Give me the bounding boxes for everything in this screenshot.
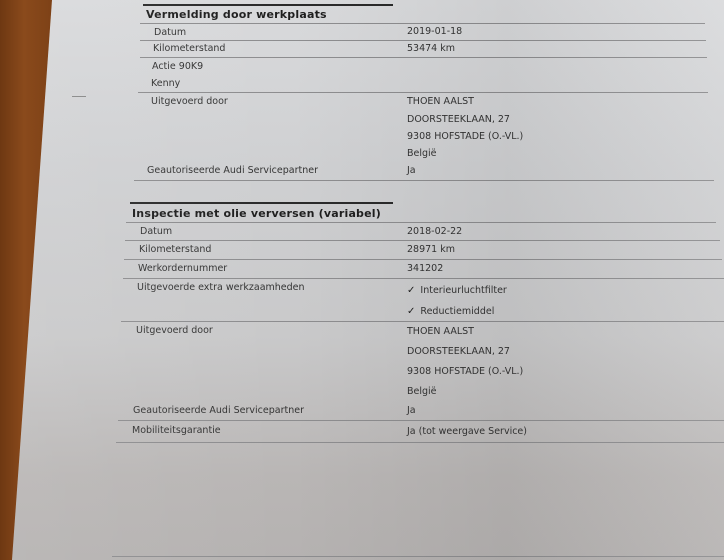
divider bbox=[134, 180, 714, 181]
section-title-workshop: Vermelding door werkplaats bbox=[146, 8, 327, 21]
label-extra-werkzaamheden: Uitgevoerde extra werkzaamheden bbox=[137, 282, 305, 293]
value-garage-city: 9308 HOFSTADE (O.-VL.) bbox=[407, 131, 523, 142]
divider bbox=[116, 442, 724, 443]
divider bbox=[140, 57, 707, 58]
service-booklet-page: Vermelding door werkplaats Datum 2019-01… bbox=[0, 0, 724, 560]
value-datum: 2019-01-18 bbox=[407, 26, 462, 37]
value-garage-street: DOORSTEEKLAAN, 27 bbox=[407, 346, 510, 357]
label-kenny: Kenny bbox=[151, 78, 180, 89]
label-datum: Datum bbox=[154, 27, 186, 38]
check-icon: ✓ bbox=[407, 306, 415, 317]
value-kilometerstand: 28971 km bbox=[407, 244, 455, 255]
label-audi-servicepartner: Geautoriseerde Audi Servicepartner bbox=[147, 165, 318, 176]
value-garage-country: België bbox=[407, 386, 437, 397]
value-mobiliteitsgarantie: Ja (tot weergave Service) bbox=[407, 426, 527, 437]
section-title-bar bbox=[130, 202, 393, 204]
label-datum: Datum bbox=[140, 226, 172, 237]
value-datum: 2018-02-22 bbox=[407, 226, 462, 237]
label-audi-servicepartner: Geautoriseerde Audi Servicepartner bbox=[133, 405, 304, 416]
value-garage-street: DOORSTEEKLAAN, 27 bbox=[407, 114, 510, 125]
label-kilometerstand: Kilometerstand bbox=[153, 43, 225, 54]
label-actie: Actie 90K9 bbox=[152, 61, 203, 72]
value-kilometerstand: 53474 km bbox=[407, 43, 455, 54]
value-garage-name: THOEN AALST bbox=[407, 96, 474, 107]
divider bbox=[118, 420, 724, 421]
value-audi-servicepartner: Ja bbox=[407, 405, 416, 416]
section-title-bar bbox=[143, 4, 393, 6]
divider bbox=[112, 556, 724, 557]
label-uitgevoerd-door: Uitgevoerd door bbox=[151, 96, 228, 107]
check-icon: ✓ bbox=[407, 285, 415, 296]
divider bbox=[123, 278, 724, 279]
section-title-inspection: Inspectie met olie verversen (variabel) bbox=[132, 207, 381, 220]
label-werkordernummer: Werkordernummer bbox=[138, 263, 227, 274]
divider bbox=[140, 40, 706, 41]
checked-item-reductiemiddel: ✓Reductiemiddel bbox=[407, 306, 494, 317]
divider bbox=[138, 92, 708, 93]
value-audi-servicepartner: Ja bbox=[407, 165, 416, 176]
margin-mark bbox=[72, 96, 86, 97]
divider bbox=[125, 240, 720, 241]
label-mobiliteitsgarantie: Mobiliteitsgarantie bbox=[132, 425, 221, 436]
value-garage-name: THOEN AALST bbox=[407, 326, 474, 337]
value-garage-country: België bbox=[407, 148, 437, 159]
divider bbox=[140, 23, 705, 24]
divider bbox=[121, 321, 724, 322]
divider bbox=[124, 259, 722, 260]
value-werkordernummer: 341202 bbox=[407, 263, 443, 274]
divider bbox=[126, 222, 716, 223]
label-kilometerstand: Kilometerstand bbox=[139, 244, 211, 255]
label-uitgevoerd-door: Uitgevoerd door bbox=[136, 325, 213, 336]
checked-item-interieurluchtfilter: ✓Interieurluchtfilter bbox=[407, 285, 507, 296]
value-garage-city: 9308 HOFSTADE (O.-VL.) bbox=[407, 366, 523, 377]
